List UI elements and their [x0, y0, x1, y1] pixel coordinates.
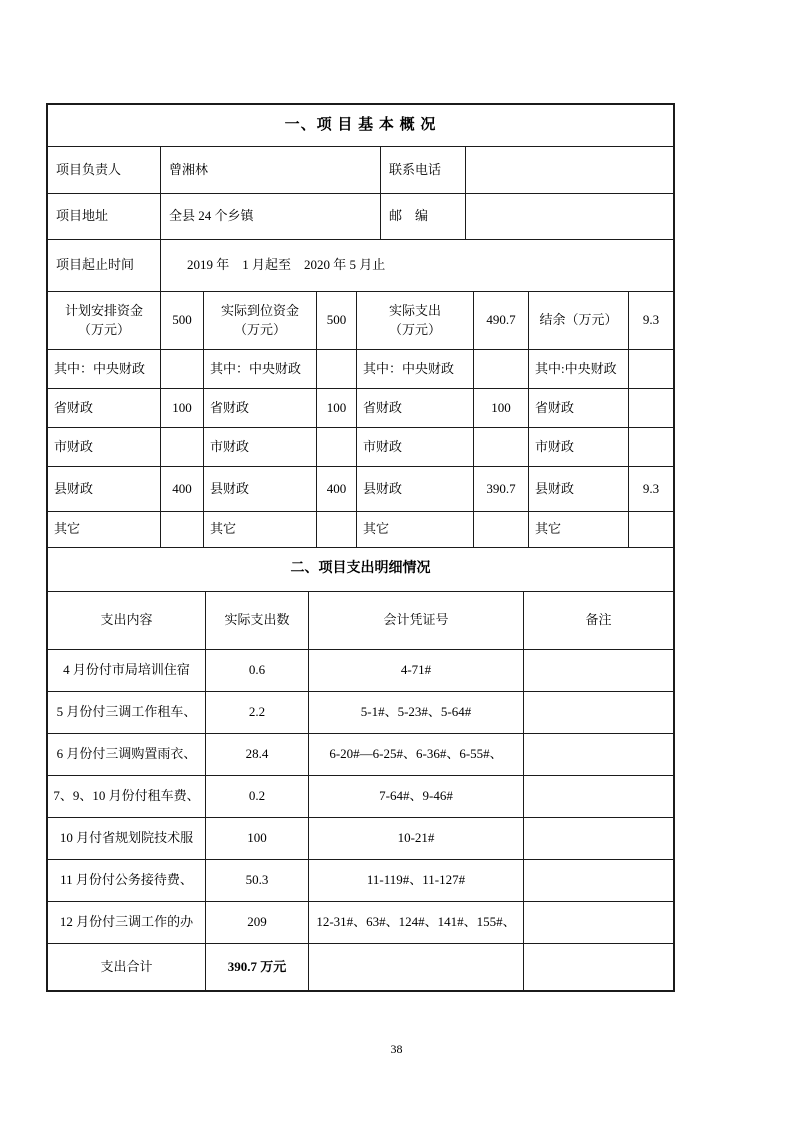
project-address-value: 全县 24 个乡镇 [161, 194, 381, 239]
project-address-label: 项目地址 [48, 194, 161, 239]
county-finance-value: 390.7 [474, 467, 529, 511]
central-finance-label: 其中：中央财政 [357, 350, 474, 388]
county-finance-label: 县财政 [529, 467, 629, 511]
expense-row: 10 月付省规划院技术服 100 10-21# [48, 818, 673, 860]
other-finance-label: 其它 [204, 512, 317, 547]
expense-note-header: 备注 [524, 592, 673, 649]
section2-title: 二、项目支出明细情况 [48, 548, 673, 591]
expense-voucher-cell: 4-71# [309, 650, 524, 691]
expense-amount-header: 实际支出数 [206, 592, 309, 649]
postcode-label: 邮 编 [381, 194, 466, 239]
contact-phone-label: 联系电话 [381, 147, 466, 193]
section1-title: 一、项 目 基 本 概 况 [48, 105, 673, 146]
provincial-finance-value [629, 389, 673, 427]
expense-content-cell: 7、9、10 月份付租车费、 [48, 776, 206, 817]
planned-funds-value: 500 [161, 292, 204, 349]
municipal-finance-label: 市财政 [357, 428, 474, 466]
county-finance-value: 400 [317, 467, 357, 511]
expense-note-cell [524, 734, 673, 775]
central-finance-label: 其中：中央财政 [48, 350, 161, 388]
central-finance-value [629, 350, 673, 388]
expense-voucher-cell: 7-64#、9-46# [309, 776, 524, 817]
balance-label: 结余（万元） [529, 292, 629, 349]
actual-expense-label: 实际支出 （万元） [357, 292, 474, 349]
expense-content-cell: 10 月付省规划院技术服 [48, 818, 206, 859]
expense-row: 6 月份付三调购置雨衣、 28.4 6-20#—6-25#、6-36#、6-55… [48, 734, 673, 776]
central-finance-value [474, 350, 529, 388]
address-postcode-row: 项目地址 全县 24 个乡镇 邮 编 [48, 194, 673, 240]
duration-label: 项目起止时间 [48, 240, 161, 291]
funding-main-row: 计划安排资金 （万元） 500 实际到位资金 （万元） 500 实际支出 （万元… [48, 292, 673, 350]
project-leader-value: 曾湘林 [161, 147, 381, 193]
expense-total-amount: 390.7 万元 [206, 944, 309, 990]
county-finance-value: 9.3 [629, 467, 673, 511]
county-finance-row: 县财政 400 县财政 400 县财政 390.7 县财政 9.3 [48, 467, 673, 512]
section1-title-row: 一、项 目 基 本 概 况 [48, 105, 673, 147]
section2-title-row: 二、项目支出明细情况 [48, 548, 673, 592]
expense-voucher-cell: 6-20#—6-25#、6-36#、6-55#、 [309, 734, 524, 775]
municipal-finance-value [161, 428, 204, 466]
county-finance-label: 县财政 [204, 467, 317, 511]
provincial-finance-value: 100 [161, 389, 204, 427]
expense-voucher-cell: 11-119#、11-127# [309, 860, 524, 901]
municipal-finance-label: 市财政 [529, 428, 629, 466]
central-finance-label: 其中:中央财政 [529, 350, 629, 388]
expense-amount-cell: 0.6 [206, 650, 309, 691]
duration-value: 2019 年 1 月起至 2020 年 5 月止 [161, 240, 673, 291]
central-finance-value [161, 350, 204, 388]
other-finance-row: 其它 其它 其它 其它 [48, 512, 673, 548]
other-finance-value [629, 512, 673, 547]
expense-amount-cell: 0.2 [206, 776, 309, 817]
expense-row: 7、9、10 月份付租车费、 0.2 7-64#、9-46# [48, 776, 673, 818]
page-number: 38 [0, 1042, 793, 1057]
received-funds-label: 实际到位资金 （万元） [204, 292, 317, 349]
expense-amount-cell: 209 [206, 902, 309, 943]
other-finance-value [317, 512, 357, 547]
expense-content-cell: 5 月份付三调工作租车、 [48, 692, 206, 733]
provincial-finance-label: 省财政 [357, 389, 474, 427]
expense-content-cell: 4 月份付市局培训住宿 [48, 650, 206, 691]
leader-phone-row: 项目负责人 曾湘林 联系电话 [48, 147, 673, 194]
project-leader-label: 项目负责人 [48, 147, 161, 193]
municipal-finance-value [317, 428, 357, 466]
expense-note-cell [524, 860, 673, 901]
municipal-finance-row: 市财政 市财政 市财政 市财政 [48, 428, 673, 467]
provincial-finance-value: 100 [317, 389, 357, 427]
actual-expense-value: 490.7 [474, 292, 529, 349]
contact-phone-value [466, 147, 673, 193]
planned-funds-label: 计划安排资金 （万元） [48, 292, 161, 349]
expense-row: 11 月份付公务接待费、 50.3 11-119#、11-127# [48, 860, 673, 902]
central-finance-row: 其中：中央财政 其中：中央财政 其中：中央财政 其中:中央财政 [48, 350, 673, 389]
expense-total-label: 支出合计 [48, 944, 206, 990]
other-finance-value [474, 512, 529, 547]
expense-total-voucher [309, 944, 524, 990]
provincial-finance-row: 省财政 100 省财政 100 省财政 100 省财政 [48, 389, 673, 428]
received-funds-value: 500 [317, 292, 357, 349]
provincial-finance-label: 省财政 [529, 389, 629, 427]
county-finance-label: 县财政 [357, 467, 474, 511]
expense-amount-cell: 50.3 [206, 860, 309, 901]
expense-total-note [524, 944, 673, 990]
provincial-finance-label: 省财政 [204, 389, 317, 427]
expense-row: 4 月份付市局培训住宿 0.6 4-71# [48, 650, 673, 692]
project-report-table: 一、项 目 基 本 概 况 项目负责人 曾湘林 联系电话 项目地址 全县 24 … [46, 103, 675, 992]
expense-content-header: 支出内容 [48, 592, 206, 649]
expense-total-row: 支出合计 390.7 万元 [48, 944, 673, 990]
expense-note-cell [524, 776, 673, 817]
county-finance-value: 400 [161, 467, 204, 511]
expense-note-cell [524, 818, 673, 859]
other-finance-value [161, 512, 204, 547]
municipal-finance-label: 市财政 [204, 428, 317, 466]
municipal-finance-value [629, 428, 673, 466]
municipal-finance-value [474, 428, 529, 466]
expense-voucher-header: 会计凭证号 [309, 592, 524, 649]
provincial-finance-label: 省财政 [48, 389, 161, 427]
expense-note-cell [524, 650, 673, 691]
expense-voucher-cell: 12-31#、63#、124#、141#、155#、 [309, 902, 524, 943]
expense-amount-cell: 100 [206, 818, 309, 859]
expense-voucher-cell: 10-21# [309, 818, 524, 859]
expense-voucher-cell: 5-1#、5-23#、5-64# [309, 692, 524, 733]
municipal-finance-label: 市财政 [48, 428, 161, 466]
expense-row: 12 月份付三调工作的办 209 12-31#、63#、124#、141#、15… [48, 902, 673, 944]
expense-amount-cell: 2.2 [206, 692, 309, 733]
other-finance-label: 其它 [48, 512, 161, 547]
central-finance-value [317, 350, 357, 388]
expense-row: 5 月份付三调工作租车、 2.2 5-1#、5-23#、5-64# [48, 692, 673, 734]
duration-row: 项目起止时间 2019 年 1 月起至 2020 年 5 月止 [48, 240, 673, 292]
expense-header-row: 支出内容 实际支出数 会计凭证号 备注 [48, 592, 673, 650]
postcode-value [466, 194, 673, 239]
other-finance-label: 其它 [529, 512, 629, 547]
provincial-finance-value: 100 [474, 389, 529, 427]
expense-content-cell: 11 月份付公务接待费、 [48, 860, 206, 901]
expense-content-cell: 6 月份付三调购置雨衣、 [48, 734, 206, 775]
expense-amount-cell: 28.4 [206, 734, 309, 775]
central-finance-label: 其中：中央财政 [204, 350, 317, 388]
balance-value: 9.3 [629, 292, 673, 349]
expense-note-cell [524, 692, 673, 733]
county-finance-label: 县财政 [48, 467, 161, 511]
expense-note-cell [524, 902, 673, 943]
other-finance-label: 其它 [357, 512, 474, 547]
expense-content-cell: 12 月份付三调工作的办 [48, 902, 206, 943]
